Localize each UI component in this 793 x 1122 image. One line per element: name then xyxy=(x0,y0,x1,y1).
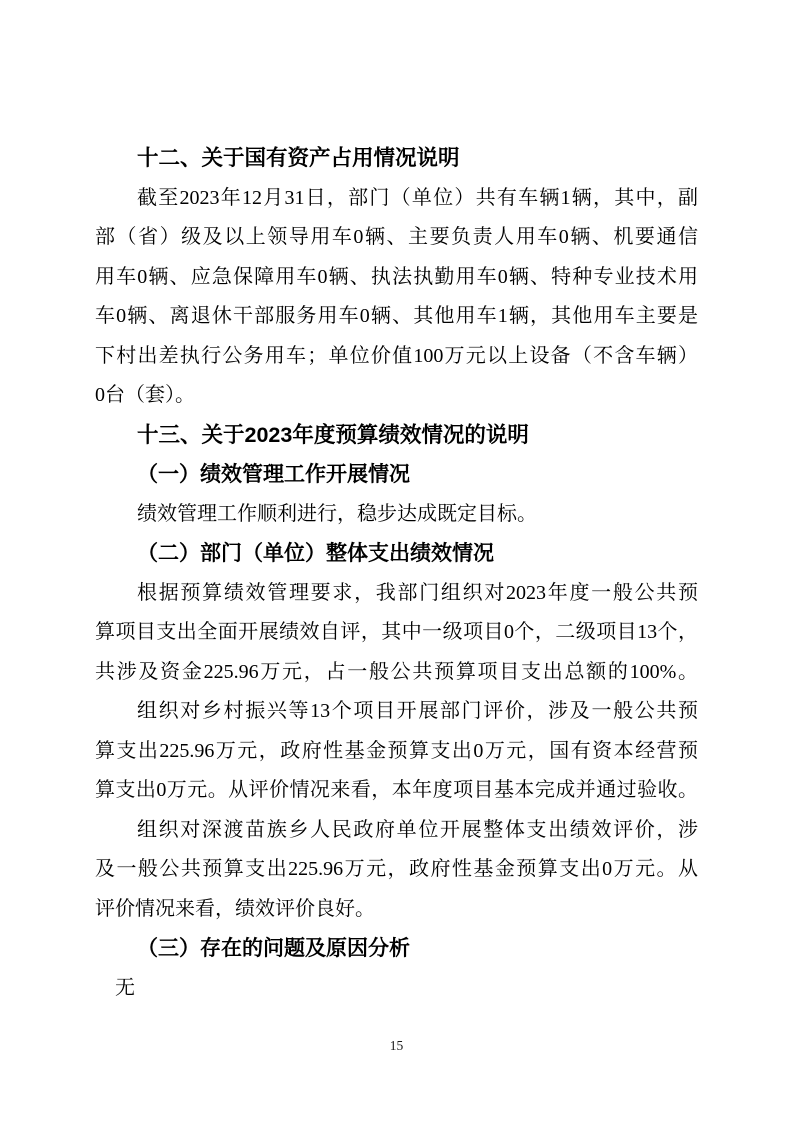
para-overall-evaluation: 组织对深渡苗族乡人民政府单位开展整体支出绩效评价，涉及一般公共预算支出225.9… xyxy=(95,811,698,930)
para-vehicles-equipment: 截至2023年12月31日，部门（单位）共有车辆1辆，其中，副部（省）级及以上领… xyxy=(95,179,698,416)
para-performance-progress: 绩效管理工作顺利进行，稳步达成既定目标。 xyxy=(95,495,698,535)
heading-13-budget-performance: 十三、关于2023年度预算绩效情况的说明 xyxy=(95,416,698,456)
sub-3-problems-and-causes: （三）存在的问题及原因分析 xyxy=(95,929,698,969)
para-department-evaluation: 组织对乡村振兴等13个项目开展部门评价，涉及一般公共预算支出225.96万元，政… xyxy=(95,692,698,811)
para-vehicles-equipment-line: 下村出差执行公务用车；单位价值100万元以上设备（不含车辆） xyxy=(95,337,698,377)
para-department-evaluation-line: 组织对乡村振兴等13个项目开展部门评价，涉及一般公共预 xyxy=(95,692,698,732)
para-overall-evaluation-line: 及一般公共预算支出225.96万元，政府性基金预算支出0万元。从 xyxy=(95,850,698,890)
para-self-evaluation: 根据预算绩效管理要求，我部门组织对2023年度一般公共预算项目支出全面开展绩效自… xyxy=(95,574,698,693)
para-self-evaluation-line: 根据预算绩效管理要求，我部门组织对2023年度一般公共预 xyxy=(95,574,698,614)
para-vehicles-equipment-line: 0台（套）。 xyxy=(95,376,698,416)
heading-13-budget-performance-line: 十三、关于2023年度预算绩效情况的说明 xyxy=(95,416,698,456)
para-none-line: 无 xyxy=(95,969,698,1009)
page-number: 15 xyxy=(0,1036,793,1056)
para-self-evaluation-line: 共涉及资金225.96万元，占一般公共预算项目支出总额的100%。 xyxy=(95,653,698,693)
para-vehicles-equipment-line: 截至2023年12月31日，部门（单位）共有车辆1辆，其中，副 xyxy=(95,179,698,219)
sub-2-overall-expenditure-performance: （二）部门（单位）整体支出绩效情况 xyxy=(95,534,698,574)
para-department-evaluation-line: 算支出225.96万元，政府性基金预算支出0万元，国有资本经营预 xyxy=(95,732,698,772)
para-overall-evaluation-line: 组织对深渡苗族乡人民政府单位开展整体支出绩效评价，涉 xyxy=(95,811,698,851)
document-body: 十二、关于国有资产占用情况说明截至2023年12月31日，部门（单位）共有车辆1… xyxy=(95,139,698,1008)
para-performance-progress-line: 绩效管理工作顺利进行，稳步达成既定目标。 xyxy=(95,495,698,535)
para-vehicles-equipment-line: 用车0辆、应急保障用车0辆、执法执勤用车0辆、特种专业技术用 xyxy=(95,258,698,298)
sub-2-overall-expenditure-performance-line: （二）部门（单位）整体支出绩效情况 xyxy=(95,534,698,574)
para-vehicles-equipment-line: 部（省）级及以上领导用车0辆、主要负责人用车0辆、机要通信 xyxy=(95,218,698,258)
para-overall-evaluation-line: 评价情况来看，绩效评价良好。 xyxy=(95,890,698,930)
heading-12-state-assets: 十二、关于国有资产占用情况说明 xyxy=(95,139,698,179)
sub-3-problems-and-causes-line: （三）存在的问题及原因分析 xyxy=(95,929,698,969)
para-self-evaluation-line: 算项目支出全面开展绩效自评，其中一级项目0个，二级项目13个， xyxy=(95,613,698,653)
sub-1-performance-management-line: （一）绩效管理工作开展情况 xyxy=(95,455,698,495)
para-vehicles-equipment-line: 车0辆、离退休干部服务用车0辆、其他用车1辆，其他用车主要是 xyxy=(95,297,698,337)
document-page: 十二、关于国有资产占用情况说明截至2023年12月31日，部门（单位）共有车辆1… xyxy=(0,0,793,1122)
para-none: 无 xyxy=(95,969,698,1009)
heading-12-state-assets-line: 十二、关于国有资产占用情况说明 xyxy=(95,139,698,179)
sub-1-performance-management: （一）绩效管理工作开展情况 xyxy=(95,455,698,495)
para-department-evaluation-line: 算支出0万元。从评价情况来看，本年度项目基本完成并通过验收。 xyxy=(95,771,698,811)
